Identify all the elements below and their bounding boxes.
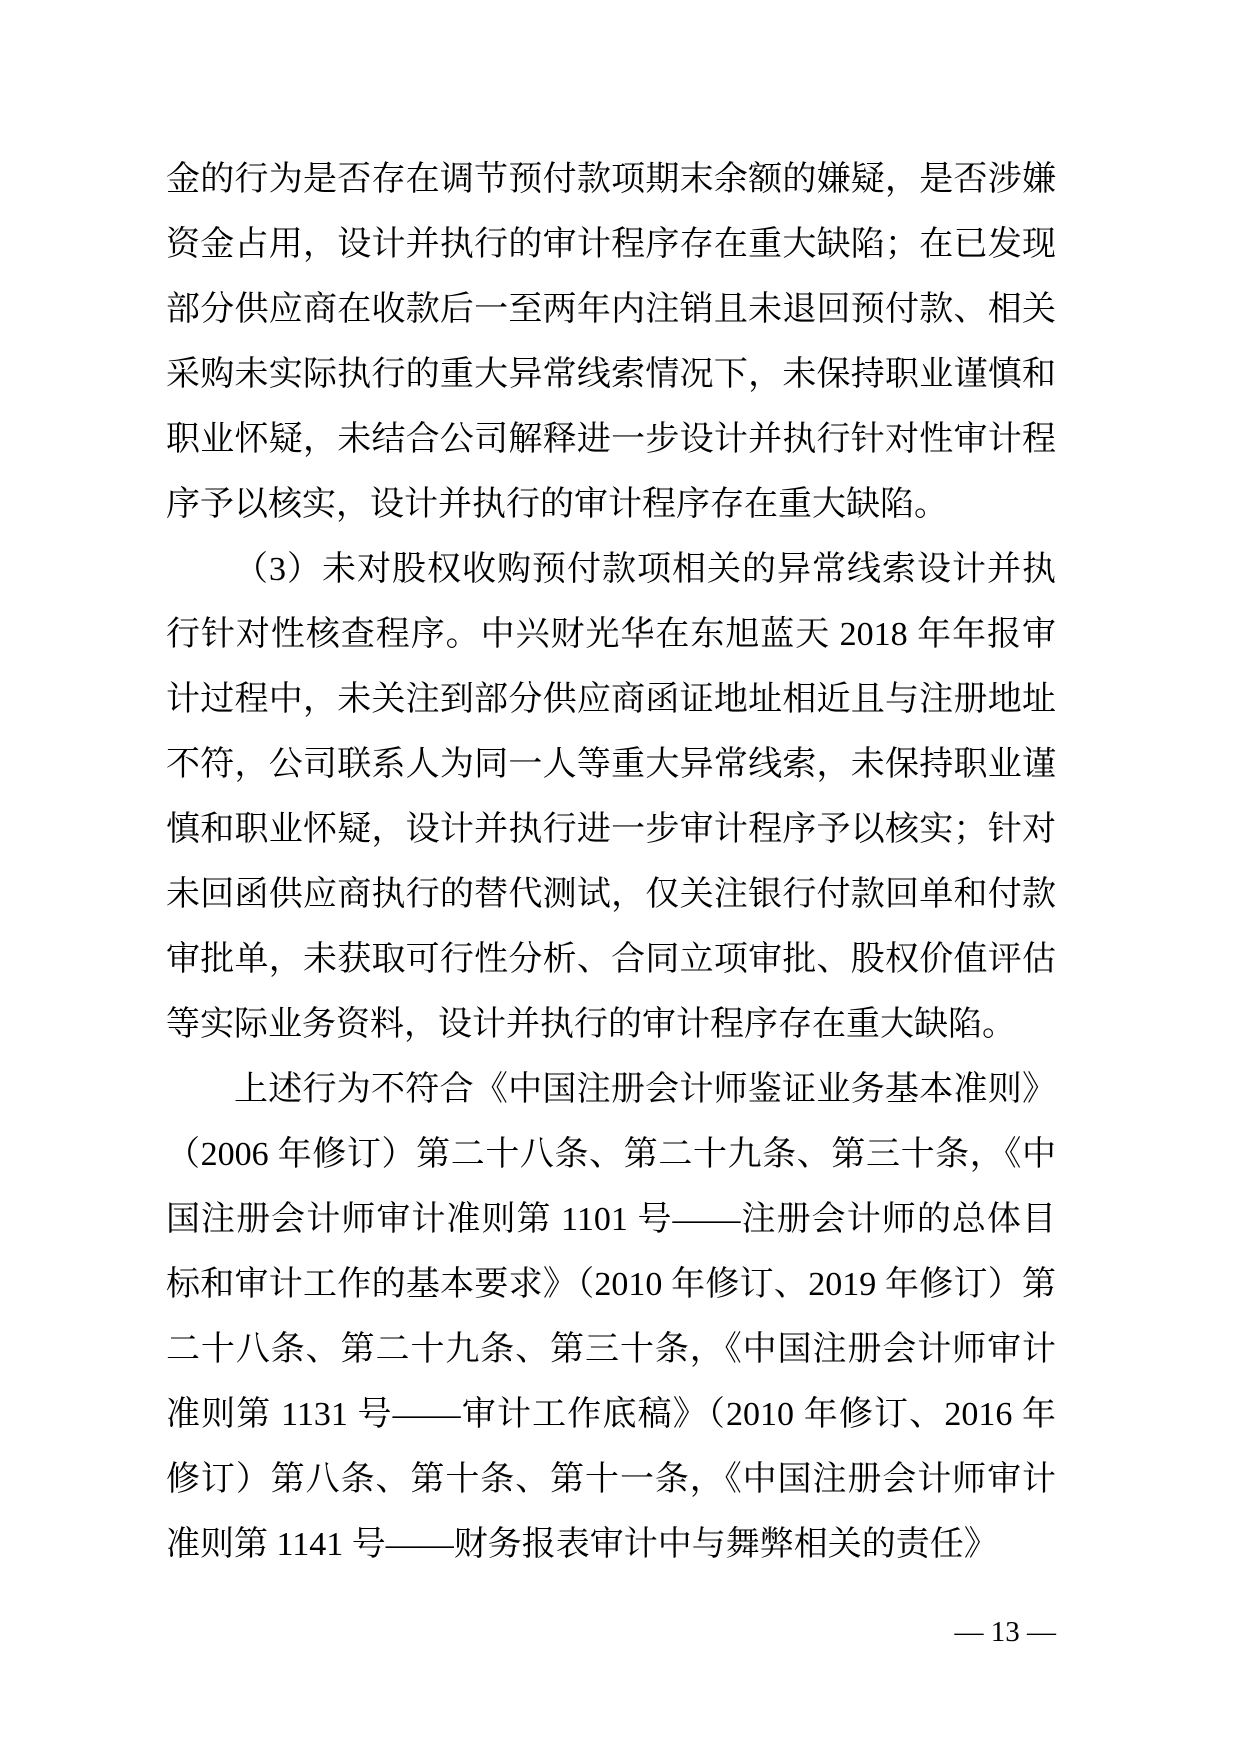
- page-footer: — 13 —: [166, 1612, 1056, 1652]
- paragraph-regulations: 上述行为不符合《中国注册会计师鉴证业务基本准则》（2006 年修订）第二十八条、…: [166, 1057, 1056, 1577]
- document-body: 金的行为是否存在调节预付款项期末余额的嫌疑，是否涉嫌资金占用，设计并执行的审计程…: [166, 147, 1056, 1577]
- paragraph-item-3: （3）未对股权收购预付款项相关的异常线索设计并执行针对性核查程序。中兴财光华在东…: [166, 537, 1056, 1057]
- paragraph-continuation: 金的行为是否存在调节预付款项期末余额的嫌疑，是否涉嫌资金占用，设计并执行的审计程…: [166, 147, 1056, 537]
- page-number: — 13 —: [955, 1616, 1057, 1648]
- document-page: 金的行为是否存在调节预付款项期末余额的嫌疑，是否涉嫌资金占用，设计并执行的审计程…: [0, 0, 1241, 1754]
